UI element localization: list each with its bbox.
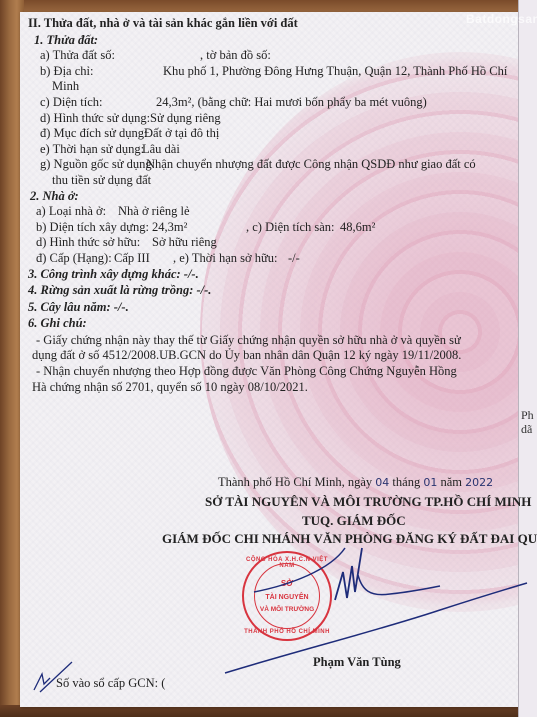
floor-area-value: 48,6m² (340, 220, 375, 236)
note-line: dụng đất ở số 4512/2008.UB.GCN do Ủy ban… (32, 348, 508, 364)
grade-label: đ) Cấp (Hạng): (36, 251, 112, 267)
house-type-value: Nhà ở riêng lẻ (118, 204, 190, 220)
house-type-label: a) Loại nhà ở: (36, 204, 106, 220)
perennial-trees: 5. Cây lâu năm: -/-. (28, 300, 508, 316)
term-label: e) Thời hạn sử dụng: (40, 142, 144, 158)
ownership-value: Sở hữu riêng (152, 235, 217, 251)
parcel-number-label: a) Thửa đất số: (40, 48, 115, 64)
built-area-value: 24,3m² (152, 220, 187, 236)
section-title: II. Thửa đất, nhà ở và tài sản khác gắn … (28, 16, 508, 32)
parcel-number-row: a) Thửa đất số: , tờ bản đồ số: (40, 48, 508, 64)
built-area-row: b) Diện tích xây dựng: 24,3m² , c) Diện … (36, 220, 508, 236)
ownership-label: d) Hình thức sở hữu: (36, 235, 140, 251)
own-term-value: -/- (288, 251, 300, 267)
adjacent-page-edge: Ph dã (518, 0, 537, 717)
purpose-row: đ) Mục đích sử dụng: Đất ở tại đô thị (40, 126, 508, 142)
area-value: 24,3m², (bằng chữ: Hai mươi bốn phẩy ba … (156, 95, 427, 111)
built-area-label: b) Diện tích xây dựng: (36, 220, 149, 236)
notes-heading: 6. Ghi chú: (28, 316, 508, 332)
origin-value: Nhận chuyển nhượng đất được Công nhận QS… (146, 157, 476, 173)
purpose-label: đ) Mục đích sử dụng: (40, 126, 147, 142)
grade-row: đ) Cấp (Hạng): Cấp III , e) Thời hạn sở … (36, 251, 508, 267)
registry-number-label: Số vào sổ cấp GCN: ( (56, 676, 165, 691)
note-line: - Giấy chứng nhận này thay thế từ Giấy c… (36, 333, 508, 349)
term-row: e) Thời hạn sử dụng: Lâu dài (40, 142, 508, 158)
address-label: b) Địa chỉ: (40, 64, 93, 80)
note-line: - Nhận chuyển nhượng theo Hợp đồng được … (36, 364, 508, 380)
use-form-row: d) Hình thức sử dụng: Sử dụng riêng (40, 111, 508, 127)
land-heading: 1. Thửa đất: (34, 33, 508, 49)
certificate-body: II. Thửa đất, nhà ở và tài sản khác gắn … (28, 16, 508, 395)
address-value: Khu phố 1, Phường Đông Hưng Thuận, Quận … (163, 64, 507, 80)
area-label: c) Diện tích: (40, 95, 102, 111)
area-row: c) Diện tích: 24,3m², (bằng chữ: Hai mươ… (40, 95, 508, 111)
house-type-row: a) Loại nhà ở: Nhà ở riêng lẻ (36, 204, 508, 220)
production-forest: 4. Rừng sản xuất là rừng trồng: -/-. (28, 283, 508, 299)
adjacent-page-text: Ph (521, 408, 534, 422)
origin-row: g) Nguồn gốc sử dụng: Nhận chuyển nhượng… (40, 157, 508, 173)
adjacent-page-text: dã (521, 422, 532, 436)
map-sheet-label: , tờ bản đồ số: (200, 48, 271, 64)
own-term-label: , e) Thời hạn sở hữu: (173, 251, 277, 267)
grade-value: Cấp III (114, 251, 150, 267)
use-form-value: Sử dụng riêng (150, 111, 221, 127)
purpose-value: Đất ở tại đô thị (144, 126, 219, 142)
note-line: Hà chứng nhận số 2701, quyển số 10 ngày … (32, 380, 508, 396)
term-value: Lâu dài (142, 142, 180, 158)
floor-area-label: , c) Diện tích sàn: (246, 220, 335, 236)
other-works: 3. Công trình xây dựng khác: -/-. (28, 267, 508, 283)
address-row: b) Địa chỉ: Khu phố 1, Phường Đông Hưng … (40, 64, 508, 80)
house-heading: 2. Nhà ở: (30, 189, 508, 205)
address-continuation: Minh (52, 79, 508, 95)
ownership-row: d) Hình thức sở hữu: Sở hữu riêng (36, 235, 508, 251)
origin-label: g) Nguồn gốc sử dụng: (40, 157, 155, 173)
origin-continuation: thu tiền sử dụng đất (52, 173, 508, 189)
use-form-label: d) Hình thức sử dụng: (40, 111, 150, 127)
